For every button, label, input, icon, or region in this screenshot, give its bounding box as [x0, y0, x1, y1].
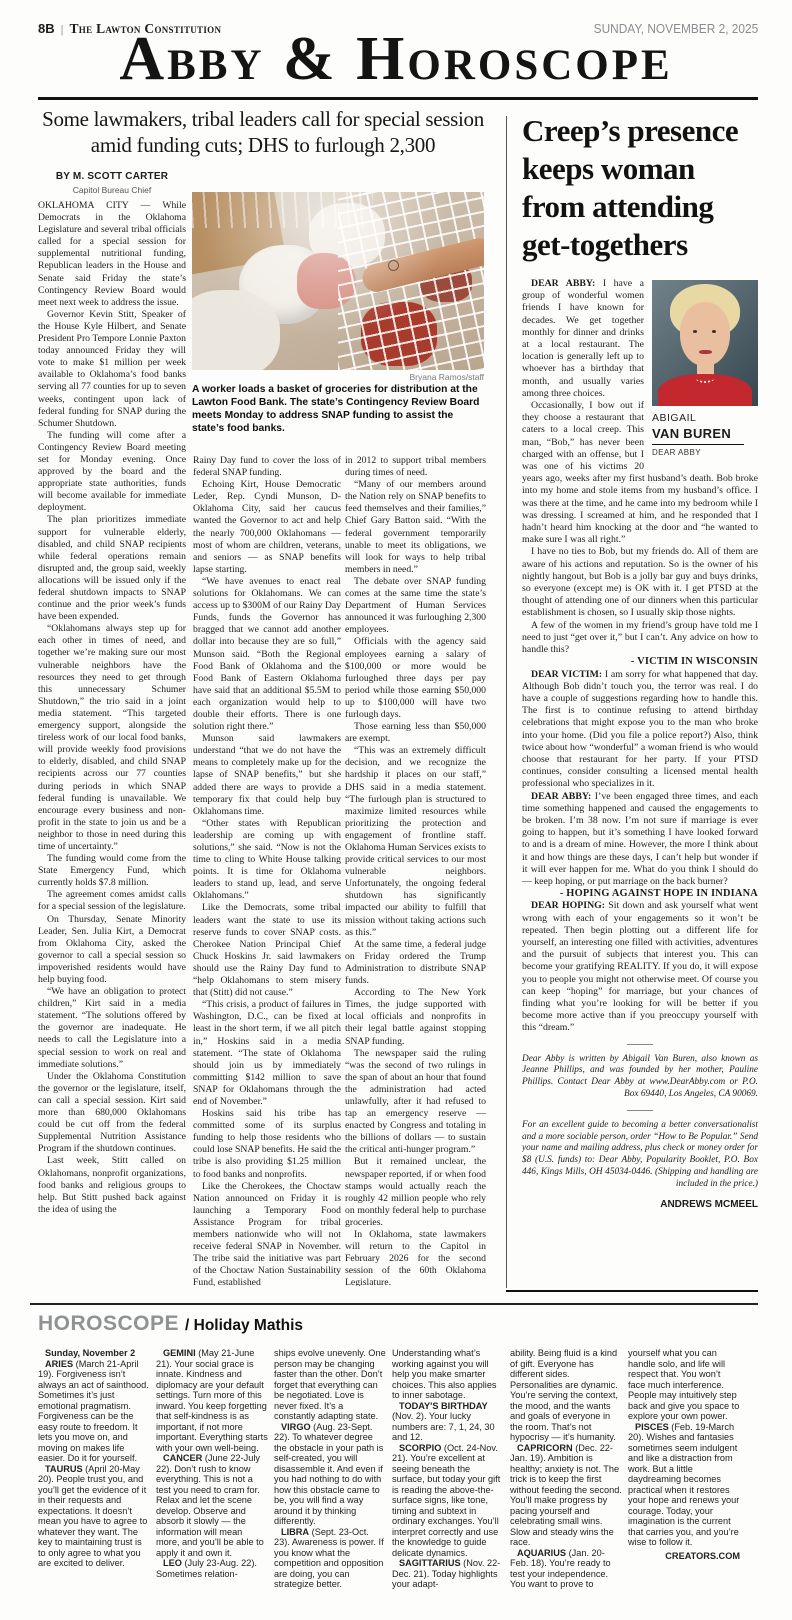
paragraph: Sunday, November 2 [38, 1348, 150, 1359]
paragraph: “We have an obligation to protect childr… [38, 986, 186, 1071]
byline-title: Capitol Bureau Chief [38, 185, 186, 195]
portrait-lips-shape [699, 350, 712, 354]
horoscope-top-rule [30, 1303, 758, 1305]
paragraph-lead: GEMINI [163, 1348, 196, 1358]
horoscope-title: HOROSCOPE [38, 1312, 179, 1335]
paragraph: DEAR VICTIM: I am sorry for what happene… [522, 669, 758, 791]
horoscope-header: HOROSCOPE/ Holiday Mathis [38, 1312, 303, 1336]
article-column-2: Rainy Day fund to cover the loss of fede… [193, 455, 341, 1286]
paragraph: The plan prioritizes immediate support f… [38, 514, 186, 623]
footer-note: Dear Abby is written by Abigail Van Bure… [522, 1054, 758, 1101]
abby-bottom-rule [506, 1290, 758, 1292]
paragraph: in 2012 to support tribal members during… [345, 455, 486, 479]
abby-body: ABIGAIL VAN BUREN DEAR ABBY DEAR ABBY: I… [522, 278, 758, 1210]
paragraph: DEAR HOPING: Sit down and ask yourself w… [522, 900, 758, 1034]
paragraph: Last week, Stitt called on Oklahomans, n… [38, 1155, 186, 1215]
photo-credit: Bryana Ramos/staff [192, 372, 484, 382]
paragraph-lead: PISCES [635, 1422, 669, 1432]
paragraph: In Oklahoma, state lawmakers will return… [345, 1229, 486, 1286]
paragraph: “Oklahomans always step up for each othe… [38, 623, 186, 853]
sign-off: CREATORS.COM [628, 1551, 740, 1562]
portrait-eye-shape [712, 330, 716, 333]
paragraph-lead: DEAR ABBY: [531, 791, 591, 802]
paragraph: The funding would come from the State Em… [38, 853, 186, 889]
paragraph: SCORPIO (Oct. 24-Nov. 21). You’re excell… [392, 1443, 504, 1559]
paragraph: Munson said lawmakers understand “that w… [193, 733, 341, 818]
paragraph: ability. Being fluid is a kind of gift. … [510, 1348, 622, 1443]
note-divider [627, 1110, 653, 1111]
article-column-3: in 2012 to support tribal members during… [345, 455, 486, 1286]
paragraph-lead: CANCER [163, 1453, 202, 1463]
paragraph-lead: DEAR VICTIM: [531, 669, 602, 680]
paragraph-lead: TODAY'S BIRTHDAY [399, 1401, 488, 1411]
newspaper-page: 8B|The Lawton Constitution SUNDAY, NOVEM… [0, 0, 792, 1620]
paragraph: Like the Cherokees, the Choctaw Nation a… [193, 1181, 341, 1286]
paragraph: DEAR ABBY: I’ve been engaged three times… [522, 791, 758, 889]
paragraph-lead: CAPRICORN [517, 1443, 573, 1453]
paragraph: Understanding what’s working against you… [392, 1348, 504, 1401]
horoscope-column-5: ability. Being fluid is a kind of gift. … [510, 1348, 622, 1614]
dear-abby-section: Creep’s presence keeps woman from attend… [522, 112, 758, 1286]
portrait-necklace-shape [696, 374, 714, 383]
paragraph: On Thursday, Senate Minority Leader, Sen… [38, 914, 186, 987]
horoscope-column-3: ships evolve unevenly. One person may be… [274, 1348, 386, 1614]
horoscope-column-1: Sunday, November 2ARIES (March 21-April … [38, 1348, 150, 1614]
paragraph: GEMINI (May 21-June 21). Your social gra… [156, 1348, 268, 1453]
portrait-name-last: VAN BUREN [652, 426, 744, 445]
portrait-role: DEAR ABBY [652, 448, 758, 457]
portrait-face-shape [680, 302, 730, 366]
paragraph: OKLAHOMA CITY — While Democrats in the O… [38, 200, 186, 309]
paragraph: PISCES (Feb. 19-March 20). Wishes and fa… [628, 1422, 740, 1548]
paragraph: AQUARIUS (Jan. 20-Feb. 18). You’re ready… [510, 1548, 622, 1590]
paragraph: “Many of our members around the Nation r… [345, 479, 486, 576]
sign-off: - HOPING AGAINST HOPE IN INDIANA [522, 888, 758, 900]
paragraph-lead: AQUARIUS [517, 1548, 566, 1558]
paragraph-lead: LIBRA [281, 1527, 309, 1537]
paragraph: LIBRA (Sept. 23-Oct. 23). Awareness is p… [274, 1527, 386, 1590]
paragraph: LEO (July 23-Aug. 22). Sometimes relatio… [156, 1558, 268, 1579]
syndicate-credit: ANDREWS MCMEEL [522, 1199, 758, 1210]
paragraph: Under the Oklahoma Constitution the gove… [38, 1071, 186, 1156]
paragraph-lead: Sunday, November 2 [45, 1348, 135, 1358]
paragraph-lead: SCORPIO [399, 1443, 441, 1453]
paragraph: Rainy Day fund to cover the loss of fede… [193, 455, 341, 479]
abby-headline: Creep’s presence keeps woman from attend… [522, 112, 758, 264]
paragraph: Governor Kevin Stitt, Speaker of the Hou… [38, 309, 186, 430]
paragraph: SAGITTARIUS (Nov. 22-Dec. 21). Today hig… [392, 1558, 504, 1590]
horoscope-column-2: GEMINI (May 21-June 21). Your social gra… [156, 1348, 268, 1614]
article-headline: Some lawmakers, tribal leaders call for … [40, 106, 486, 158]
paragraph: But it remained unclear, the newspaper r… [345, 1156, 486, 1229]
paragraph: The newspaper said the ruling “was the s… [345, 1048, 486, 1157]
byline-author: BY M. SCOTT CARTER [38, 171, 186, 182]
sign-off: - VICTIM IN WISCONSIN [522, 656, 758, 668]
paragraph: According to The New York Times, the jud… [345, 987, 486, 1047]
paragraph: “Other states with Republican leadership… [193, 818, 341, 903]
note-divider [627, 1044, 653, 1045]
paragraph: “We have avenues to enact real solutions… [193, 576, 341, 733]
paragraph: yourself what you can handle solo, and l… [628, 1348, 740, 1422]
paragraph: The funding will come after a Contingenc… [38, 430, 186, 515]
column-divider [506, 116, 507, 1288]
paragraph-lead: SAGITTARIUS [399, 1558, 461, 1568]
paragraph-lead: TAURUS [45, 1464, 83, 1474]
paragraph: “This crisis, a product of failures in W… [193, 999, 341, 1108]
masthead-rule [38, 97, 758, 100]
paragraph-lead: DEAR ABBY: [531, 278, 595, 289]
paragraph: ships evolve unevenly. One person may be… [274, 1348, 386, 1422]
paragraph-lead: ARIES [45, 1359, 73, 1369]
abby-photobox: ABIGAIL VAN BUREN DEAR ABBY [652, 280, 758, 457]
paragraph: A few of the women in my friend’s group … [522, 620, 758, 657]
section-title: Abby & Horoscope [0, 24, 792, 95]
portrait-eye-shape [693, 330, 697, 333]
article-column-1: OKLAHOMA CITY — While Democrats in the O… [38, 200, 186, 1286]
paragraph: At the same time, a federal judge on Fri… [345, 939, 486, 987]
grocery-photo [192, 192, 484, 370]
paragraph: The agreement comes amidst calls for a s… [38, 889, 186, 913]
paragraph-lead: VIRGO [281, 1422, 311, 1432]
paragraph-lead: DEAR HOPING: [531, 900, 605, 911]
paragraph: Echoing Kirt, House Democratic Leder, Re… [193, 479, 341, 576]
paragraph: Officials with the agency said employees… [345, 636, 486, 721]
photo-glare [192, 192, 484, 370]
paragraph: “This was an extremely difficult decisio… [345, 745, 486, 939]
paragraph: CANCER (June 22-July 22). Don’t rush to … [156, 1453, 268, 1558]
photo-caption: A worker loads a basket of groceries for… [192, 383, 484, 435]
paragraph: TODAY'S BIRTHDAY (Nov. 2). Your lucky nu… [392, 1401, 504, 1443]
paragraph: Like the Democrats, some tribal leaders … [193, 902, 341, 999]
horoscope-column-6: yourself what you can handle solo, and l… [628, 1348, 740, 1614]
footer-note: For an excellent guide to becoming a bet… [522, 1120, 758, 1191]
paragraph: CAPRICORN (Dec. 22-Jan. 19). Ambition is… [510, 1443, 622, 1548]
paragraph: ARIES (March 21-April 19). Forgiveness i… [38, 1359, 150, 1464]
abigail-van-buren-portrait [652, 280, 758, 406]
paragraph: Those earning less than $50,000 are exem… [345, 721, 486, 745]
paragraph-lead: LEO [163, 1558, 182, 1568]
horoscope-author: / Holiday Mathis [185, 1317, 303, 1334]
paragraph: Hoskins said his tribe has committed som… [193, 1108, 341, 1181]
paragraph: The debate over SNAP funding comes at th… [345, 576, 486, 636]
article-byline: BY M. SCOTT CARTER Capitol Bureau Chief [38, 171, 186, 195]
horoscope-column-4: Understanding what’s working against you… [392, 1348, 504, 1614]
paragraph: VIRGO (Aug. 23-Sept. 22). To whatever de… [274, 1422, 386, 1527]
paragraph: I have no ties to Bob, but my friends do… [522, 546, 758, 619]
paragraph: TAURUS (April 20-May 20). People trust y… [38, 1464, 150, 1569]
portrait-name-first: ABIGAIL [652, 412, 758, 424]
